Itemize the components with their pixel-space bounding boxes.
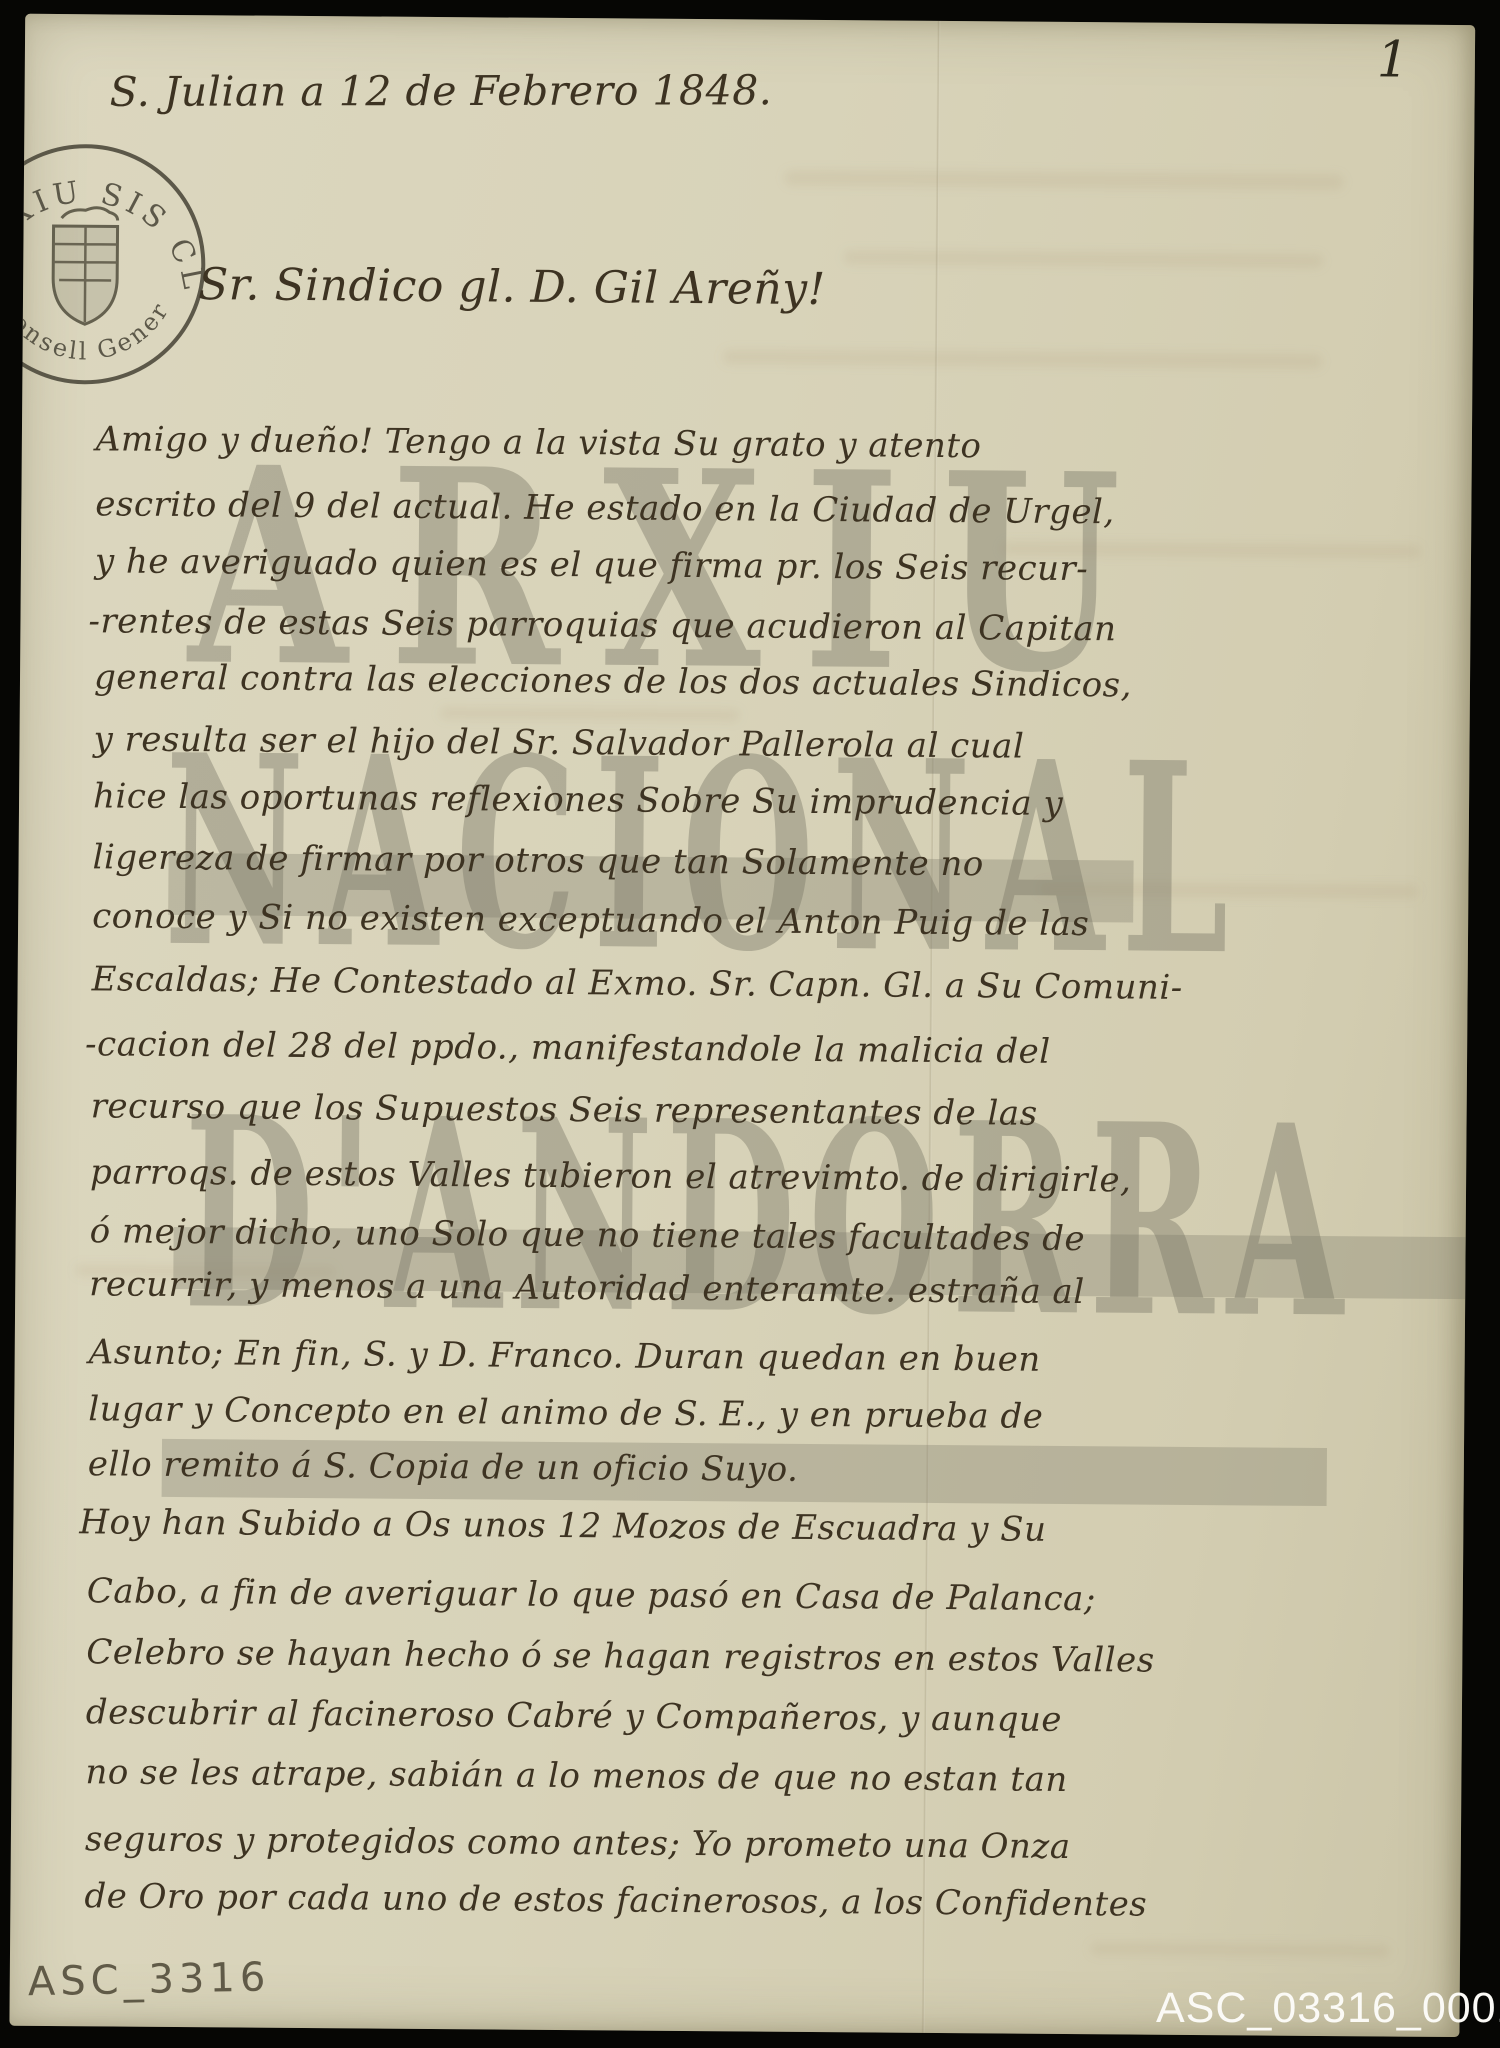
letter-line: seguros y protegidos como antes; Yo prom… [85,1819,1071,1867]
letter-line: escrito del 9 del actual. He estado en l… [95,484,1115,532]
letter-line: Celebro se hayan hecho ó se hagan regist… [86,1632,1155,1680]
letter-line: no se les atrape, sabián a lo menos de q… [85,1752,1068,1800]
digital-reference-label: ASC_03316_0001 [1156,1984,1500,2033]
letter-line: recurrir, y menos a una Autoridad entera… [89,1264,1085,1312]
letter-line: lugar y Concepto en el animo de S. E., y… [88,1389,1043,1436]
page-number: 1 [1377,30,1409,88]
letter-line: general contra las elecciones de los dos… [94,657,1132,705]
letter-line: ó mejor dicho, uno Solo que no tiene tal… [90,1211,1086,1259]
letter-line: ello remito á S. Copia de un oficio Suyo… [88,1444,799,1490]
letter-line: Asunto; En fin, S. y D. Franco. Duran qu… [89,1332,1041,1379]
bleed-through-marks [25,14,1475,25]
letter-line: Cabo, a fin de averiguar lo que pasó en … [87,1571,1096,1619]
letter-line: -cacion del 28 del ppdo., manifestandole… [85,1024,1051,1072]
letter-line: parroqs. de estos Valles tubieron el atr… [90,1152,1132,1200]
letter-line: hice las oportunas reflexiones Sobre Su … [93,776,1063,824]
watermark: ARXIU NACIONAL D'ANDORRA [25,14,1475,25]
letter-paper: ARXIU NACIONAL D'ANDORRA ARXIU SIS CLAUS… [9,14,1475,2037]
salutation: Sr. Sindico gl. D. Gil Areñy! [198,259,826,315]
letter-line: Amigo y dueño! Tengo a la vista Su grato… [96,419,982,466]
letter-line: y he averiguado quien es el que firma pr… [95,541,1089,589]
letter-line: Escaldas; He Contestado al Exmo. Sr. Cap… [91,959,1182,1008]
letter-line: -rentes de estas Seis parroquias que acu… [88,601,1116,649]
archive-code-pencil: ASC_3316 [27,1954,270,2005]
letter-line: y resulta ser el hijo del Sr. Salvador P… [93,719,1024,766]
letter-line: ligereza de firmar por otros que tan Sol… [92,837,984,884]
letter-line: Hoy han Subido a Os unos 12 Mozos de Esc… [79,1502,1046,1550]
scanned-letter-page: ARXIU NACIONAL D'ANDORRA ARXIU SIS CLAUS… [0,0,1500,2048]
letter-line: descubrir al facineroso Cabré y Compañer… [86,1692,1062,1740]
letter-line: recurso que los Supuestos Seis represent… [91,1086,1038,1133]
letter-line: conoce y Si no existen exceptuando el An… [92,896,1090,944]
letter-line: de Oro por cada uno de estos facinerosos… [84,1876,1147,1924]
letter-body: Amigo y dueño! Tengo a la vista Su grato… [25,14,1475,25]
dateline: S. Julian a 12 de Febrero 1848. [110,66,773,116]
coat-of-arms-shield-icon [53,207,118,324]
